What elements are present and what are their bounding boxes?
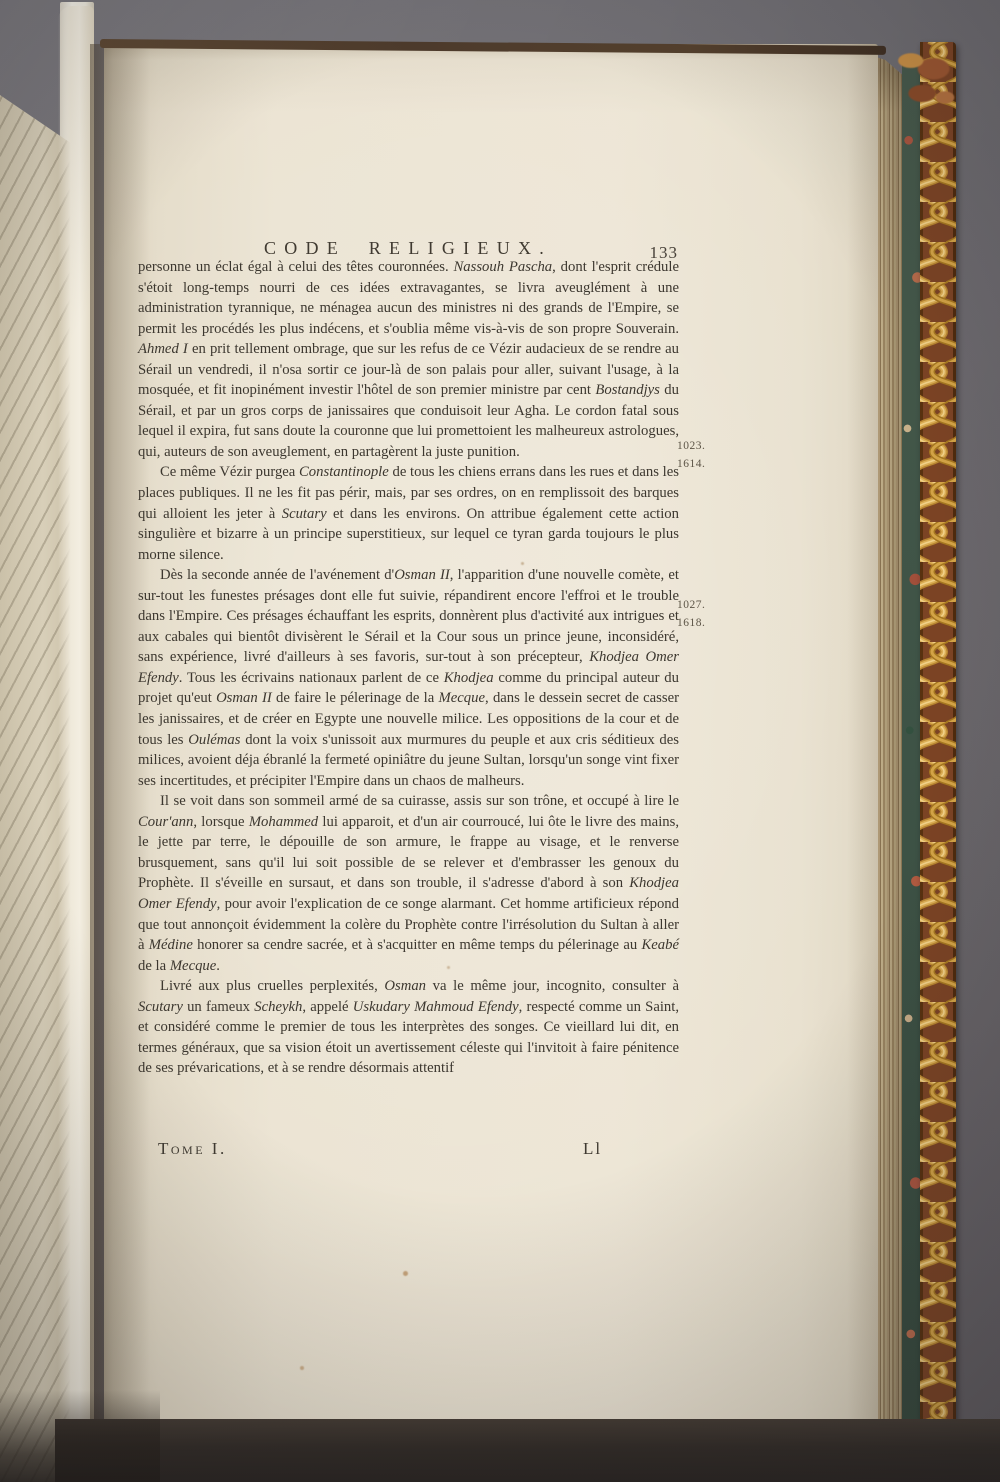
paragraph: Ce même Vézir purgea Constantinople de t… — [138, 462, 679, 565]
margin-note-dates: 1027. 1618. — [677, 596, 723, 632]
paragraph: Livré aux plus cruelles perplexités, Osm… — [138, 976, 679, 1079]
gilt-rope-pattern-icon — [920, 42, 956, 1444]
page-body: personne un éclat égal à celui des têtes… — [138, 257, 679, 1079]
foxing-spot — [300, 1366, 304, 1370]
bottom-left-shadow — [0, 1390, 160, 1482]
foxing-spot — [403, 1271, 408, 1276]
gilt-rope-leather-border — [920, 42, 956, 1444]
margin-note-dates: 1023. 1614. — [677, 437, 723, 473]
margin-note-line: 1027. — [677, 596, 723, 614]
curled-page-edge-highlight — [58, 6, 94, 1434]
paragraph: Il se voit dans son sommeil armé de sa c… — [138, 791, 679, 976]
margin-note-line: 1614. — [677, 455, 723, 473]
footer-signature-mark: Ll — [583, 1139, 602, 1159]
margin-note-line: 1023. — [677, 437, 723, 455]
paragraph: Dès la seconde année de l'avénement d'Os… — [138, 565, 679, 791]
paragraph: personne un éclat égal à celui des têtes… — [138, 257, 679, 462]
footer-volume-label: Tome I. — [158, 1139, 227, 1159]
running-header-title: CODE RELIGIEUX. — [138, 238, 678, 259]
margin-note-line: 1618. — [677, 614, 723, 632]
foxing-spot — [521, 562, 524, 565]
shadow-below-book — [55, 1419, 1000, 1482]
foxing-spot — [447, 966, 450, 969]
photograph-of-open-book: CODE RELIGIEUX. 133 personne un éclat ég… — [0, 0, 1000, 1482]
